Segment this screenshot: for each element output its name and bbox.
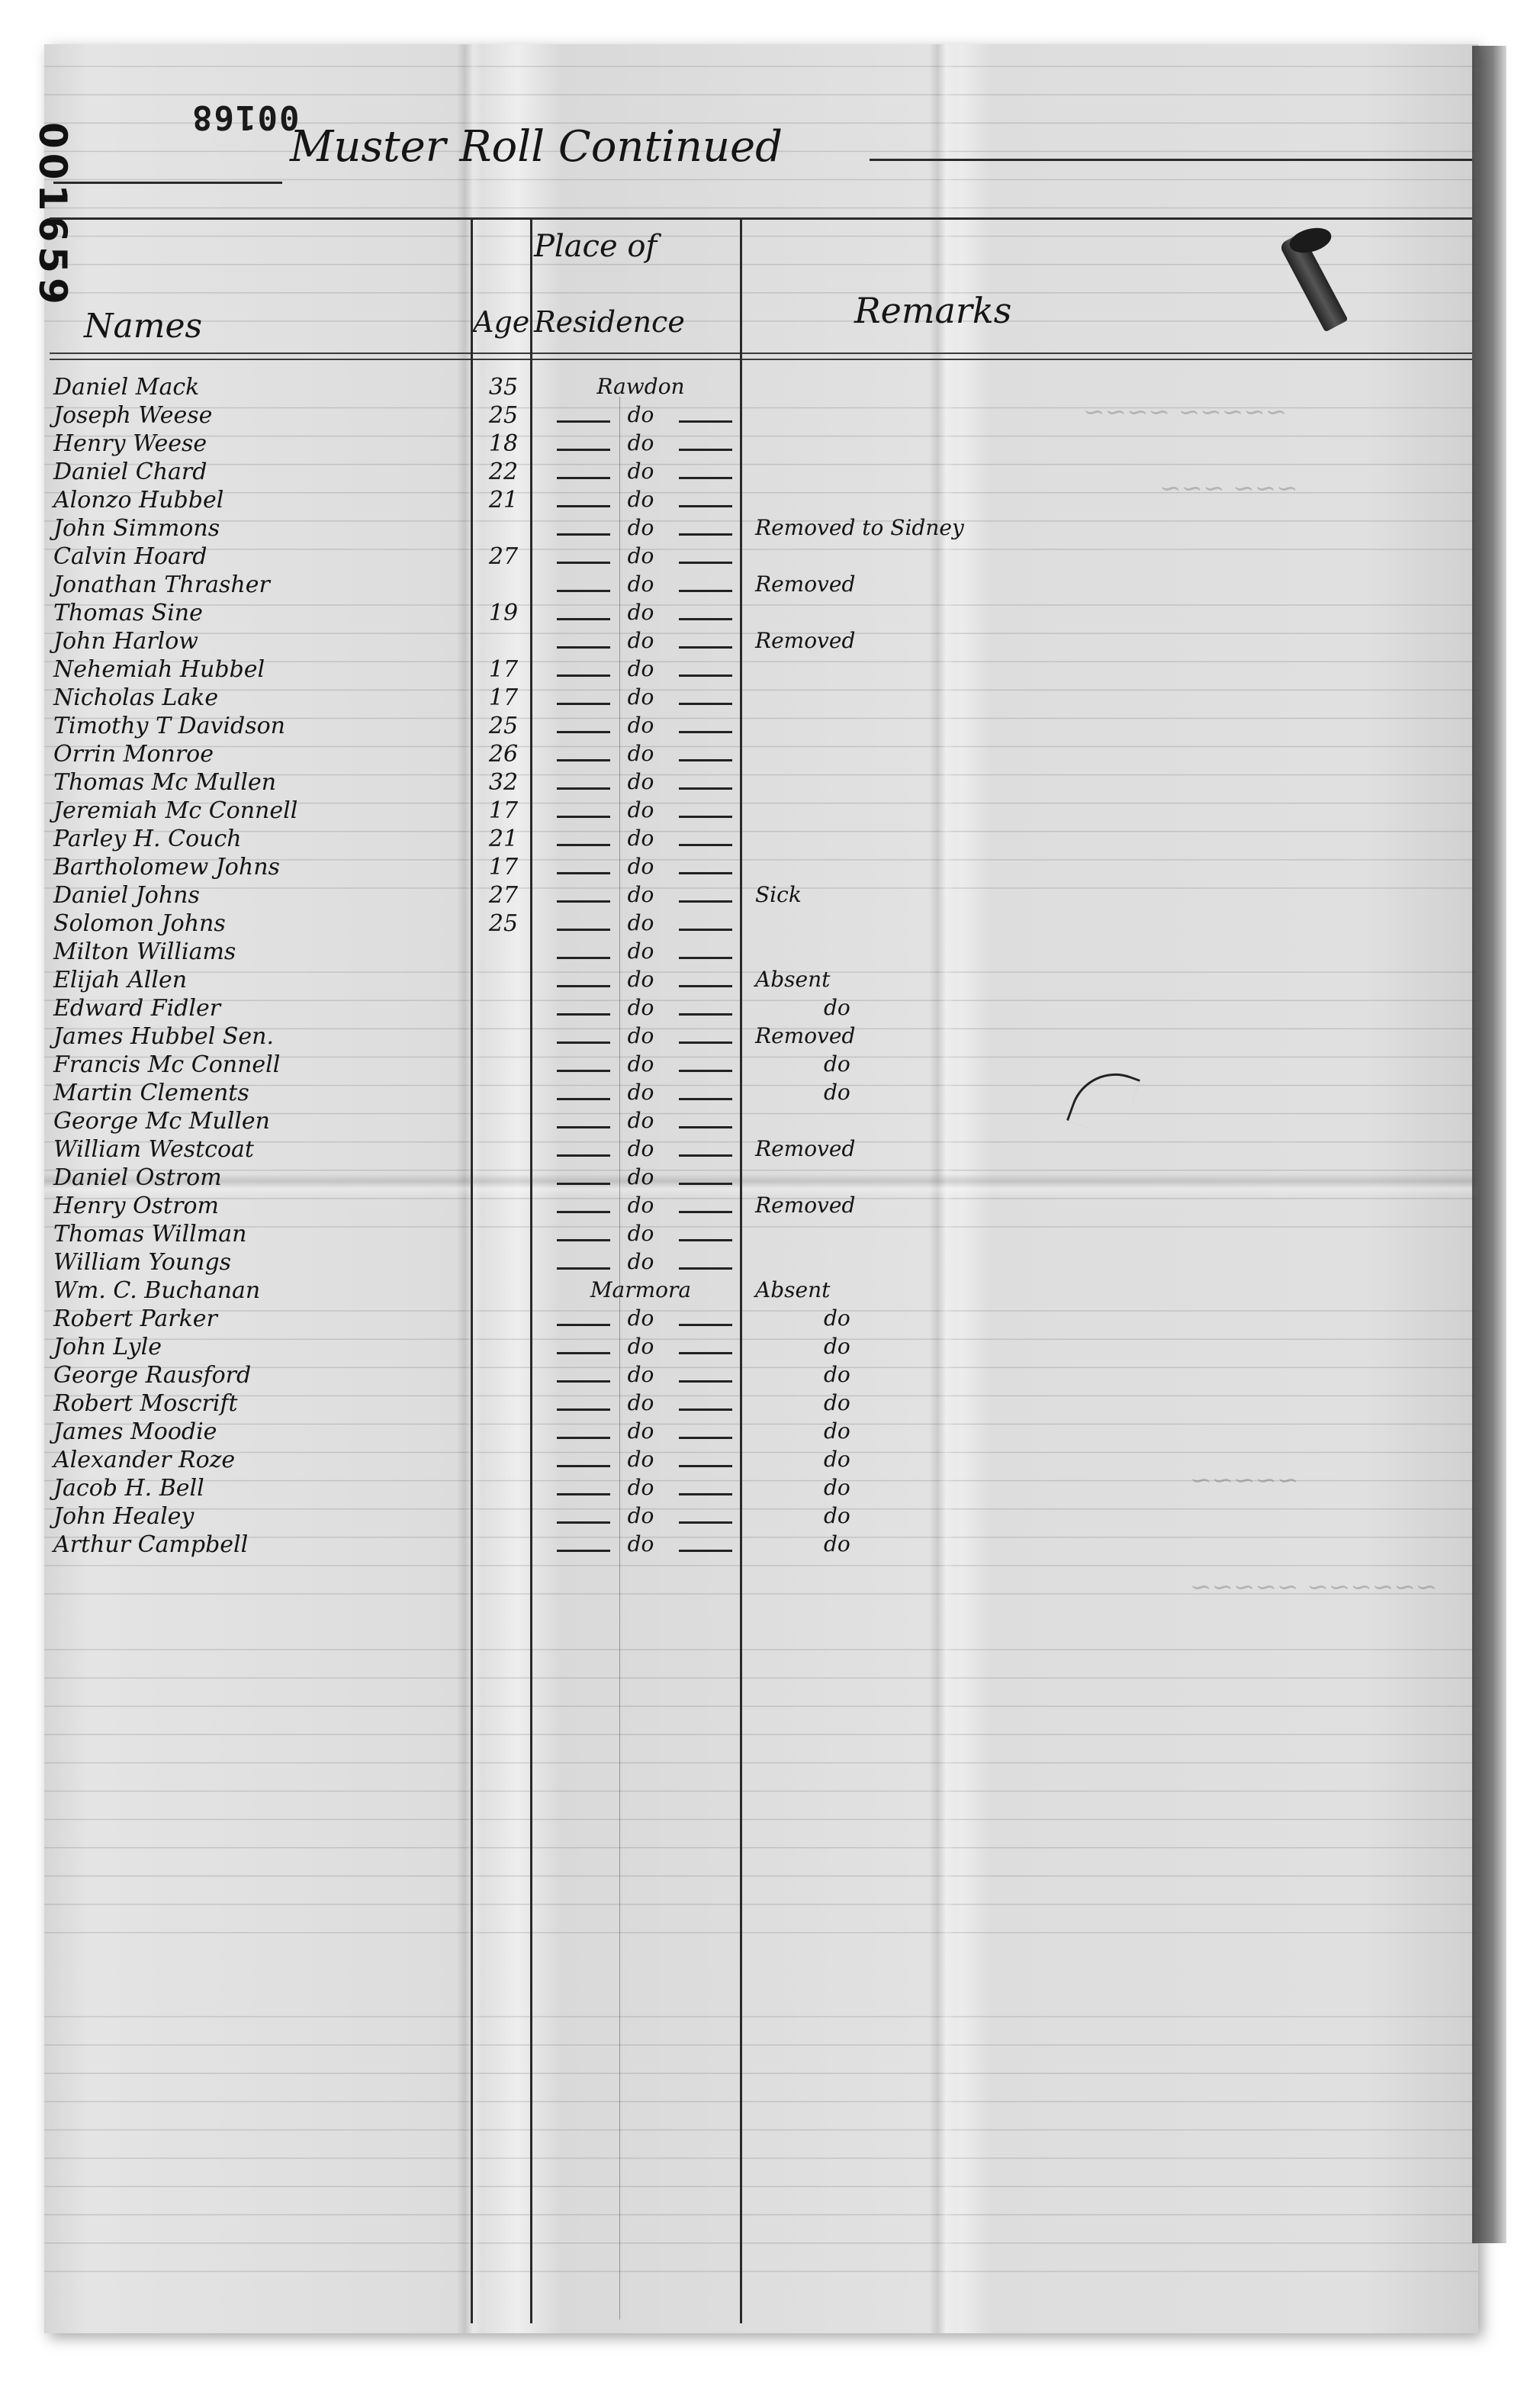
residence-cell: do: [542, 1334, 740, 1359]
table-row: Edward Fidlerdodo: [53, 993, 953, 1022]
remark-cell: Removed: [755, 1136, 855, 1161]
table-row: George Mc Mullendo: [53, 1106, 953, 1135]
table-row: John HarlowdoRemoved: [53, 626, 953, 655]
residence-cell: do: [542, 1362, 740, 1387]
table-row: John Lyledodo: [53, 1332, 953, 1360]
name-cell: Robert Moscrift: [53, 1390, 238, 1417]
residence-cell: do: [542, 910, 740, 935]
table-row: Jeremiah Mc Connell17do: [53, 796, 953, 824]
age-cell: 35: [481, 374, 526, 401]
residence-cell: do: [542, 995, 740, 1020]
remark-cell: do: [824, 1418, 850, 1444]
header-bottom-rule: [50, 353, 1472, 354]
remark-cell: do: [824, 1531, 850, 1557]
table-row: Arthur Campbelldodo: [53, 1530, 953, 1558]
table-row: Calvin Hoard27do: [53, 542, 953, 570]
table-row: William WestcoatdoRemoved: [53, 1135, 953, 1163]
age-cell: 22: [481, 459, 526, 485]
table-row: Daniel Ostromdo: [53, 1163, 953, 1191]
residence-cell: do: [542, 459, 740, 484]
name-cell: Nehemiah Hubbel: [53, 656, 265, 683]
residence-cell: do: [542, 628, 740, 653]
column-header-residence-top: Place of: [534, 229, 657, 264]
column-header-age: Age: [473, 305, 529, 339]
name-cell: Robert Parker: [53, 1305, 217, 1332]
residence-cell: do: [542, 543, 740, 568]
remark-cell: do: [824, 1503, 850, 1528]
residence-cell: do: [542, 1193, 740, 1218]
age-cell: 21: [481, 487, 526, 513]
bleed-through-text: ~~~~~ ~~~~: [1083, 397, 1287, 427]
remark-cell: do: [824, 1475, 850, 1500]
name-cell: Jacob H. Bell: [53, 1475, 204, 1502]
name-cell: Daniel Johns: [53, 882, 200, 909]
name-cell: Orrin Monroe: [53, 741, 214, 768]
age-cell: 25: [481, 713, 526, 739]
roster-table: Daniel Mack35Rawdon Joseph Weese25do Hen…: [53, 372, 953, 1558]
side-number-stamp: 001659: [31, 122, 75, 309]
name-cell: Alexander Roze: [53, 1447, 235, 1473]
residence-cell: do: [542, 1023, 740, 1048]
table-row: Nehemiah Hubbel17do: [53, 655, 953, 683]
table-row: Timothy T Davidson25do: [53, 711, 953, 739]
table-row: Thomas Sine19do: [53, 598, 953, 626]
residence-cell: do: [542, 826, 740, 851]
age-cell: 25: [481, 910, 526, 937]
name-cell: John Lyle: [53, 1334, 162, 1360]
table-row: Henry Weese18do: [53, 429, 953, 457]
table-row: Thomas Mc Mullen32do: [53, 768, 953, 796]
table-row: Daniel Chard22do: [53, 457, 953, 485]
bleed-through-text: ~~~~~: [1190, 1465, 1298, 1495]
remark-cell: Removed: [755, 571, 855, 597]
age-cell: 17: [481, 854, 526, 881]
name-cell: Jonathan Thrasher: [53, 571, 270, 598]
remark-cell: do: [824, 1051, 850, 1077]
name-cell: Thomas Mc Mullen: [53, 769, 276, 796]
table-row: Jacob H. Belldodo: [53, 1473, 953, 1502]
residence-cell: do: [542, 515, 740, 540]
column-header-residence: Residence: [534, 305, 685, 339]
document-number-stamp: 00168: [191, 98, 299, 137]
residence-cell: do: [542, 713, 740, 738]
name-cell: Milton Williams: [53, 938, 236, 965]
remark-cell: Absent: [755, 967, 830, 992]
remark-cell: do: [824, 1390, 850, 1415]
age-cell: 18: [481, 430, 526, 457]
name-cell: Daniel Ostrom: [53, 1164, 222, 1191]
name-cell: Calvin Hoard: [53, 543, 207, 570]
table-row: Parley H. Couch21do: [53, 824, 953, 852]
name-cell: Daniel Mack: [53, 374, 199, 401]
name-cell: Bartholomew Johns: [53, 854, 280, 881]
name-cell: Nicholas Lake: [53, 684, 218, 711]
age-cell: 17: [481, 656, 526, 683]
table-row: Alonzo Hubbel21do: [53, 485, 953, 513]
name-cell: George Rausford: [53, 1362, 251, 1389]
name-cell: James Moodie: [53, 1418, 217, 1445]
table-row: Solomon Johns25do: [53, 909, 953, 937]
residence-cell: do: [542, 1305, 740, 1331]
age-cell: 17: [481, 797, 526, 824]
name-cell: William Westcoat: [53, 1136, 254, 1163]
table-row: Henry OstromdoRemoved: [53, 1191, 953, 1219]
name-cell: Jeremiah Mc Connell: [53, 797, 297, 824]
name-cell: Francis Mc Connell: [53, 1051, 280, 1078]
name-cell: Edward Fidler: [53, 995, 220, 1022]
remark-cell: do: [824, 995, 850, 1020]
page-edge-shadow: [1472, 46, 1506, 2243]
remark-cell: Removed: [755, 628, 855, 653]
table-row: Daniel Johns27doSick: [53, 881, 953, 909]
table-row: Jonathan ThrasherdoRemoved: [53, 570, 953, 598]
residence-cell: do: [542, 854, 740, 879]
name-cell: John Harlow: [53, 628, 198, 655]
residence-cell: do: [542, 1447, 740, 1472]
residence-cell: do: [542, 402, 740, 427]
table-row: James Moodiedodo: [53, 1417, 953, 1445]
residence-cell: do: [542, 1080, 740, 1105]
bleed-through-text: ~~~~~~ ~~~~~: [1190, 1572, 1437, 1602]
residence-cell: do: [542, 1051, 740, 1077]
table-row: Joseph Weese25do: [53, 401, 953, 429]
remark-cell: Sick: [755, 882, 802, 907]
remark-cell: Removed: [755, 1193, 855, 1218]
remark-cell: Removed: [755, 1023, 855, 1048]
residence-cell: do: [542, 797, 740, 823]
name-cell: John Healey: [53, 1503, 194, 1530]
remark-cell: Removed to Sidney: [755, 515, 964, 540]
age-cell: 21: [481, 826, 526, 852]
residence-cell: do: [542, 571, 740, 597]
name-cell: James Hubbel Sen.: [53, 1023, 274, 1050]
name-cell: Henry Ostrom: [53, 1193, 219, 1219]
residence-cell: do: [542, 1390, 740, 1415]
remark-cell: do: [824, 1362, 850, 1387]
name-cell: Daniel Chard: [53, 459, 207, 485]
residence-cell: do: [542, 430, 740, 456]
residence-cell: Marmora: [542, 1277, 740, 1302]
table-row: Alexander Rozedodo: [53, 1445, 953, 1473]
residence-cell: do: [542, 656, 740, 681]
age-cell: 32: [481, 769, 526, 796]
column-header-names: Names: [84, 307, 202, 346]
residence-cell: Rawdon: [542, 374, 740, 399]
remark-cell: Absent: [755, 1277, 830, 1302]
residence-cell: do: [542, 967, 740, 992]
name-cell: Timothy T Davidson: [53, 713, 285, 739]
residence-cell: do: [542, 1531, 740, 1557]
name-cell: Parley H. Couch: [53, 826, 242, 852]
table-row: Daniel Mack35Rawdon: [53, 372, 953, 401]
residence-cell: do: [542, 741, 740, 766]
name-cell: Elijah Allen: [53, 967, 187, 993]
page-title: Muster Roll Continued: [290, 122, 783, 172]
residence-cell: do: [542, 1475, 740, 1500]
name-cell: John Simmons: [53, 515, 220, 542]
table-row: Thomas Willmando: [53, 1219, 953, 1248]
remark-cell: do: [824, 1305, 850, 1331]
header-bottom-rule: [50, 359, 1472, 360]
bleed-through-text: ~~~ ~~~: [1159, 473, 1298, 504]
rule-line: [53, 182, 282, 184]
name-cell: Martin Clements: [53, 1080, 249, 1106]
residence-cell: do: [542, 1221, 740, 1246]
table-row: Nicholas Lake17do: [53, 683, 953, 711]
table-row: William Youngsdo: [53, 1248, 953, 1276]
name-cell: Arthur Campbell: [53, 1531, 248, 1558]
name-cell: Solomon Johns: [53, 910, 226, 937]
age-cell: 26: [481, 741, 526, 768]
header-top-rule: [50, 217, 1472, 220]
name-cell: Alonzo Hubbel: [53, 487, 223, 513]
table-row: John Healeydodo: [53, 1502, 953, 1530]
residence-cell: do: [542, 1249, 740, 1274]
remark-cell: do: [824, 1080, 850, 1105]
name-cell: Henry Weese: [53, 430, 207, 457]
remark-cell: do: [824, 1334, 850, 1359]
residence-cell: do: [542, 1108, 740, 1133]
table-row: Wm. C. BuchananMarmoraAbsent: [53, 1276, 953, 1304]
table-row: Milton Williamsdo: [53, 937, 953, 965]
residence-cell: do: [542, 487, 740, 512]
name-cell: Thomas Sine: [53, 600, 203, 626]
table-row: Bartholomew Johns17do: [53, 852, 953, 881]
age-cell: 25: [481, 402, 526, 429]
age-cell: 27: [481, 882, 526, 909]
name-cell: Wm. C. Buchanan: [53, 1277, 260, 1304]
table-row: Robert Moscriftdodo: [53, 1389, 953, 1417]
table-row: Robert Parkerdodo: [53, 1304, 953, 1332]
residence-cell: do: [542, 684, 740, 710]
name-cell: William Youngs: [53, 1249, 231, 1276]
residence-cell: do: [542, 1418, 740, 1444]
table-row: John SimmonsdoRemoved to Sidney: [53, 513, 953, 542]
table-row: James Hubbel Sen.doRemoved: [53, 1022, 953, 1050]
table-row: Francis Mc Connelldodo: [53, 1050, 953, 1078]
residence-cell: do: [542, 882, 740, 907]
residence-cell: do: [542, 1136, 740, 1161]
table-row: Martin Clementsdodo: [53, 1078, 953, 1106]
age-cell: 19: [481, 600, 526, 626]
table-row: Elijah AllendoAbsent: [53, 965, 953, 993]
rule-line: [870, 159, 1472, 161]
residence-cell: do: [542, 1164, 740, 1190]
column-header-remarks: Remarks: [854, 290, 1011, 331]
remark-cell: do: [824, 1447, 850, 1472]
age-cell: 17: [481, 684, 526, 711]
age-cell: 27: [481, 543, 526, 570]
residence-cell: do: [542, 938, 740, 964]
residence-cell: do: [542, 600, 740, 625]
table-row: Orrin Monroe26do: [53, 739, 953, 768]
name-cell: Joseph Weese: [53, 402, 212, 429]
residence-cell: do: [542, 1503, 740, 1528]
residence-cell: do: [542, 769, 740, 794]
name-cell: George Mc Mullen: [53, 1108, 270, 1135]
name-cell: Thomas Willman: [53, 1221, 246, 1248]
table-row: George Rausforddodo: [53, 1360, 953, 1389]
